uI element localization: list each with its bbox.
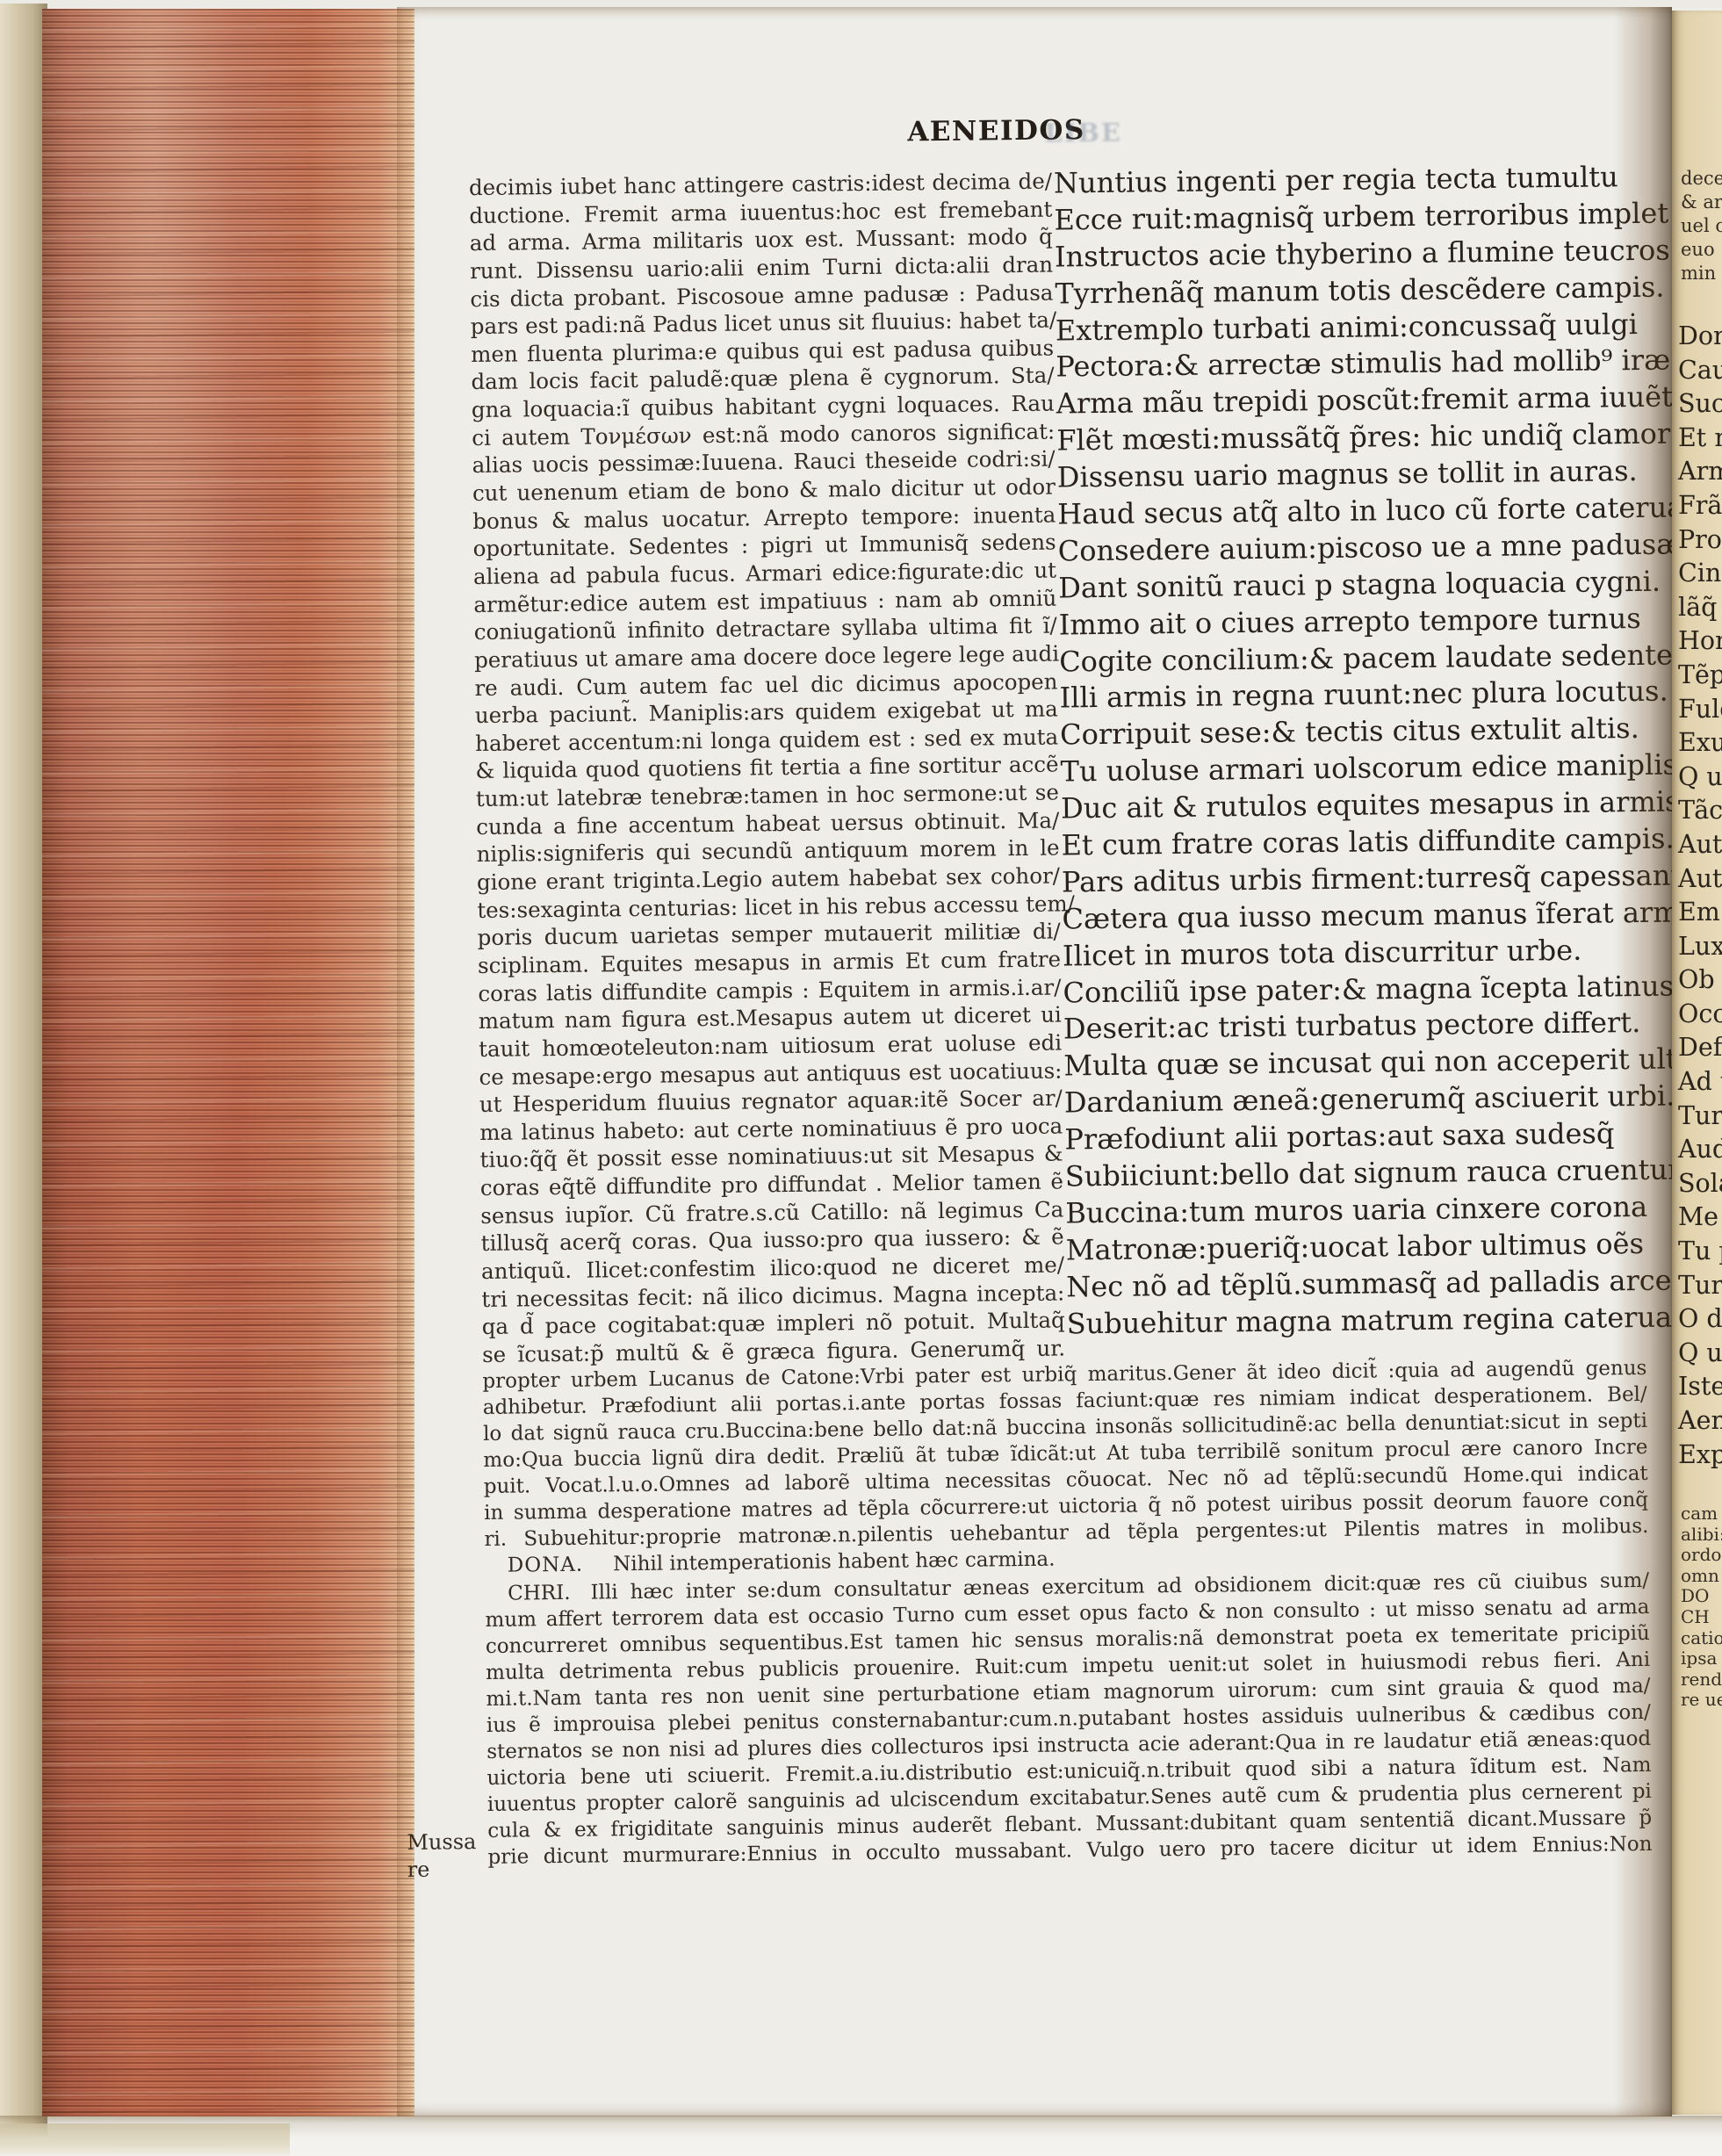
facing-verse-line: Ad u <box>1678 1065 1722 1100</box>
facing-verse-line: Aut <box>1678 862 1722 897</box>
verse-line: Haud secus atq̃ alto in luco cũ forte ca… <box>1057 490 1637 533</box>
full-width-gloss: propter urbem Lucanus de Catone:Vrbi pat… <box>482 1355 1648 1553</box>
facing-verse-line: Cau <box>1678 354 1722 388</box>
facing-verse-line: Tãc <box>1678 794 1722 828</box>
facing-verse-line: Tur <box>1678 1100 1722 1134</box>
facing-verse-line: Tur. <box>1678 1269 1722 1303</box>
facing-verse-line: Cing <box>1678 557 1722 591</box>
facing-verse-line: Occ <box>1678 998 1722 1032</box>
verse-line: Ecce ruit:magnisq̃ urbem terroribus impl… <box>1054 196 1633 239</box>
verse-line: Corripuit sese:& tectis citus extulit al… <box>1060 710 1639 754</box>
verse-line: Deserit:ac tristi turbatus pectore diffe… <box>1063 1005 1643 1048</box>
verse-line: Subiiciunt:bello dat signum rauca cruent… <box>1065 1152 1645 1195</box>
facing-verse-line: Suc <box>1678 387 1722 422</box>
margin-note-line: Mussa <box>407 1828 486 1857</box>
running-title-ghost-offset: LIBE <box>1044 118 1122 148</box>
verse-line: Pectora:& arrectæ stimulis had mollib⁹ i… <box>1056 343 1635 386</box>
facing-verse-line: Et n <box>1678 422 1722 456</box>
facing-page-sliver: dece& aruel ceuomin DonCauSucEt nArmFrãg… <box>1672 11 1722 2115</box>
facing-text-line: rend <box>1681 1669 1722 1691</box>
verse-line: Instructos acie thyberino a flumine teuc… <box>1055 233 1634 276</box>
verse-line: Nuntius ingenti per regia tecta tumultu <box>1054 159 1633 202</box>
facing-commentary-bottom: cam qalibi:ordoomnDOCHcatioipsa grendre … <box>1681 1503 1722 1711</box>
facing-verse-column: DonCauSucEt nArmFrãgProCinglãq̃HonTẽpFul… <box>1678 320 1722 1472</box>
facing-verse-line: Aen <box>1678 1404 1722 1439</box>
verse-line: Buccina:tum muros uaria cinxere corona <box>1065 1189 1645 1232</box>
facing-text-line: min <box>1681 262 1722 285</box>
facing-verse-line: Aut <box>1678 828 1722 862</box>
verse-line: Ilicet in muros tota discurritur urbe. <box>1063 932 1642 975</box>
facing-verse-line: lãq̃ <box>1678 591 1722 625</box>
printed-area: AENEIDOS LIBE decimis iubet hanc attinge… <box>386 1 1685 2124</box>
book-board-bottom-corner <box>0 2124 290 2156</box>
chri-paragraph: CHRI. Illi hæc inter se:dum consultatur … <box>485 1568 1653 1871</box>
facing-verse-line: Def <box>1678 1031 1722 1065</box>
verse-line: Subuehitur magna matrum regina caterua <box>1067 1300 1646 1343</box>
book-board-edge <box>0 4 47 2150</box>
facing-verse-line: Arm <box>1678 455 1722 489</box>
book-photograph: AENEIDOS LIBE decimis iubet hanc attinge… <box>0 0 1722 2156</box>
verse-line: Tyrrhenãq̃ manum totis descẽdere campis. <box>1055 270 1634 313</box>
facing-verse-line: Iste a <box>1678 1370 1722 1404</box>
verse-line: Dissensu uario magnus se tollit in auras… <box>1057 453 1637 496</box>
facing-text-line: ipsa g <box>1681 1648 1722 1669</box>
verse-column: Nuntius ingenti per regia tecta tumultuE… <box>1054 159 1646 1343</box>
facing-text-line: uel c <box>1681 214 1722 238</box>
verse-line: Immo ait o ciues arrepto tempore turnus <box>1058 601 1638 644</box>
facing-verse-line: Sola <box>1678 1167 1722 1201</box>
facing-verse-line: Ob <box>1678 963 1722 998</box>
verse-line: Illi armis in regna ruunt:nec plura locu… <box>1059 674 1639 717</box>
facing-verse-line: Exu <box>1678 726 1722 761</box>
verse-line: Cogite concilium:& pacem laudate sedente… <box>1059 638 1639 681</box>
facing-text-line: & ar <box>1681 191 1722 214</box>
facing-verse-line: Tẽp <box>1678 659 1722 693</box>
verse-line: Cætera qua iusso mecum manus ĩferat arma <box>1062 895 1641 938</box>
facing-text-line: euo <box>1681 238 1722 262</box>
red-page-edges <box>42 9 414 2116</box>
facing-text-line: catio <box>1681 1628 1722 1649</box>
gutter-shadow <box>1614 7 1672 2116</box>
verse-line: Dant sonitũ rauci p stagna loquacia cygn… <box>1058 564 1638 607</box>
facing-text-line: CH <box>1681 1607 1722 1628</box>
facing-verse-line: Aud <box>1678 1133 1722 1167</box>
verse-line: Extremplo turbati animi:concussaq̃ uulgi <box>1056 306 1635 350</box>
facing-text-line: re ue <box>1681 1690 1722 1711</box>
dona-lemma-line: DONA.Nihil intemperationis habent hæc ca… <box>485 1547 1056 1579</box>
verse-line: Matronæ:pueriq̃:uocat labor ultimus oẽs <box>1066 1226 1646 1269</box>
verse-line: Dardanium æneã:generumq̃ asciuerit urbi. <box>1064 1078 1644 1121</box>
verse-line: Conciliũ ipse pater:& magna ĩcepta latin… <box>1063 969 1642 1012</box>
verse-line: Tu uoluse armari uolscorum edice manipli… <box>1060 747 1639 790</box>
facing-verse-line: Hon <box>1678 624 1722 659</box>
facing-verse-line: Lux <box>1678 930 1722 964</box>
facing-text-line: ordo <box>1681 1545 1722 1566</box>
dona-lemma: DONA. <box>508 1554 584 1577</box>
facing-verse-line: Q u <box>1678 761 1722 795</box>
verse-line: Et cum fratre coras latis diffundite cam… <box>1061 821 1640 864</box>
facing-verse-line: O do <box>1678 1302 1722 1337</box>
verse-line: Arma mãu trepidi poscũt:fremit arma iuuẽ… <box>1056 379 1636 422</box>
facing-verse-line: Me f <box>1678 1201 1722 1235</box>
verse-line: Consedere auium:piscoso ue a mne padusæ <box>1058 527 1638 570</box>
facing-text-line: alibi: <box>1681 1525 1722 1546</box>
facing-text-line: dece <box>1681 167 1722 191</box>
verse-line: Præfodiunt alii portas:aut saxa sudesq̃ <box>1064 1115 1644 1158</box>
facing-verse-line: Pro <box>1678 523 1722 558</box>
left-page: AENEIDOS LIBE decimis iubet hanc attinge… <box>397 7 1672 2116</box>
verse-line: Multa quæ se incusat qui non acceperit u… <box>1063 1042 1643 1085</box>
facing-verse-line: Q u <box>1678 1337 1722 1371</box>
facing-verse-line: Tu p <box>1678 1235 1722 1269</box>
facing-verse-line: Expl <box>1678 1439 1722 1473</box>
facing-verse-line: Frãg <box>1678 489 1722 523</box>
facing-verse-line: Fulg <box>1678 693 1722 727</box>
marginal-note-mussare: Mussare <box>407 1828 486 1884</box>
verse-line: Flẽt mœsti:mussãtq̃ p̃res: hic undiq̃ cl… <box>1056 416 1636 459</box>
commentary-column: decimis iubet hanc attingere castris:ide… <box>469 168 1065 1369</box>
facing-commentary-top: dece& aruel ceuomin <box>1681 167 1722 285</box>
verse-line: Pars aditus urbis firment:turresq̃ capes… <box>1062 858 1641 901</box>
dona-text: Nihil intemperationis habent hæc carmina… <box>613 1548 1056 1576</box>
margin-note-line: re <box>407 1856 486 1884</box>
facing-text-line: omn <box>1681 1566 1722 1587</box>
facing-verse-line: Don <box>1678 320 1722 354</box>
facing-verse-line: Em <box>1678 896 1722 930</box>
verse-line: Duc ait & rutulos equites mesapus in arm… <box>1061 784 1640 827</box>
facing-text-line: cam q <box>1681 1503 1722 1525</box>
verse-line: Nec nõ ad tẽplũ.summasq̃ ad palladis arc… <box>1066 1263 1646 1306</box>
facing-text-line: DO <box>1681 1586 1722 1607</box>
